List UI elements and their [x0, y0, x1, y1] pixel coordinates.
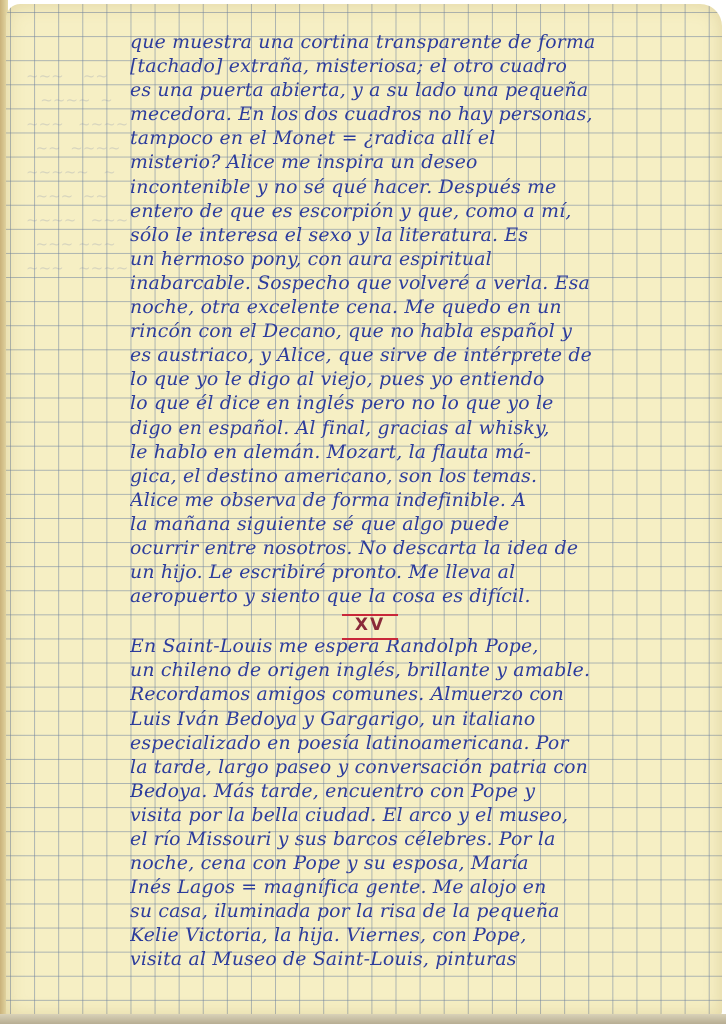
- section-gap: [130, 608, 715, 634]
- text-line: el río Missouri y sus barcos célebres. P…: [130, 827, 710, 851]
- text-line: entero de que es escorpión y que, como a…: [130, 199, 710, 223]
- text-line: [tachado] extraña, misteriosa; el otro c…: [130, 54, 710, 78]
- text-line: un hijo. Le escribiré pronto. Me lleva a…: [130, 560, 710, 584]
- text-line: En Saint-Louis me espera Randolph Pope,: [130, 634, 710, 658]
- text-line: visita por la bella ciudad. El arco y el…: [130, 803, 710, 827]
- text-line: noche, otra excelente cena. Me quedo en …: [130, 295, 710, 319]
- handwritten-text: que muestra una cortina transparente de …: [130, 30, 715, 972]
- text-line: especializado en poesía latinoamericana.…: [130, 731, 710, 755]
- text-line: Recordamos amigos comunes. Almuerzo con: [130, 682, 710, 706]
- text-line: digo en español. Al final, gracias al wh…: [130, 416, 710, 440]
- text-line: tampoco en el Monet = ¿radica allí el: [130, 126, 710, 150]
- text-line: Kelie Victoria, la hija. Viernes, con Po…: [130, 923, 710, 947]
- text-line: Luis Iván Bedoya y Gargarigo, un italian…: [130, 707, 710, 731]
- text-line: Inés Lagos = magnífica gente. Me alojo e…: [130, 875, 710, 899]
- text-line: misterio? Alice me inspira un deseo: [130, 150, 710, 174]
- text-line: sólo le interesa el sexo y la literatura…: [130, 223, 710, 247]
- text-line: incontenible y no sé qué hacer. Después …: [130, 175, 710, 199]
- text-line: es una puerta abierta, y a su lado una p…: [130, 78, 710, 102]
- paragraph-1: que muestra una cortina transparente de …: [130, 30, 715, 608]
- text-line: le hablo en alemán. Mozart, la flauta má…: [130, 440, 710, 464]
- paragraph-2: En Saint-Louis me espera Randolph Pope, …: [130, 634, 715, 971]
- text-line: Alice me observa de forma indefinible. A: [130, 488, 710, 512]
- text-line: su casa, iluminada por la risa de la peq…: [130, 899, 710, 923]
- text-line: inabarcable. Sospecho que volveré a verl…: [130, 271, 710, 295]
- text-line: lo que él dice en inglés pero no lo que …: [130, 391, 710, 415]
- text-line: un chileno de origen inglés, brillante y…: [130, 658, 710, 682]
- text-line: la tarde, largo paseo y conversación pat…: [130, 755, 710, 779]
- bleed-through-text: ~~~ ~~ ~~~~ ~ ~~~ ~~~~ ~~ ~~~~ ~~~~~ ~ ~…: [26, 64, 136, 964]
- text-line: rincón con el Decano, que no habla españ…: [130, 319, 710, 343]
- text-line: Bedoya. Más tarde, encuentro con Pope y: [130, 779, 710, 803]
- text-line: gica, el destino americano, son los tema…: [130, 464, 710, 488]
- page-bottom-edge: [0, 1014, 726, 1024]
- section-heading: XV: [340, 612, 400, 638]
- text-line: lo que yo le digo al viejo, pues yo enti…: [130, 367, 710, 391]
- text-line: un hermoso pony, con aura espiritual: [130, 247, 710, 271]
- text-line: mecedora. En los dos cuadros no hay pers…: [130, 102, 710, 126]
- text-line: que muestra una cortina transparente de …: [130, 30, 710, 54]
- text-line: es austriaco, y Alice, que sirve de inté…: [130, 343, 710, 367]
- text-line: la mañana siguiente sé que algo puede: [130, 512, 710, 536]
- text-line: ocurrir entre nosotros. No descarta la i…: [130, 536, 710, 560]
- text-line: visita al Museo de Saint-Louis, pinturas: [130, 947, 710, 971]
- text-line: noche, cena con Pope y su esposa, María: [130, 851, 710, 875]
- text-line: aeropuerto y siento que la cosa es difíc…: [130, 584, 710, 608]
